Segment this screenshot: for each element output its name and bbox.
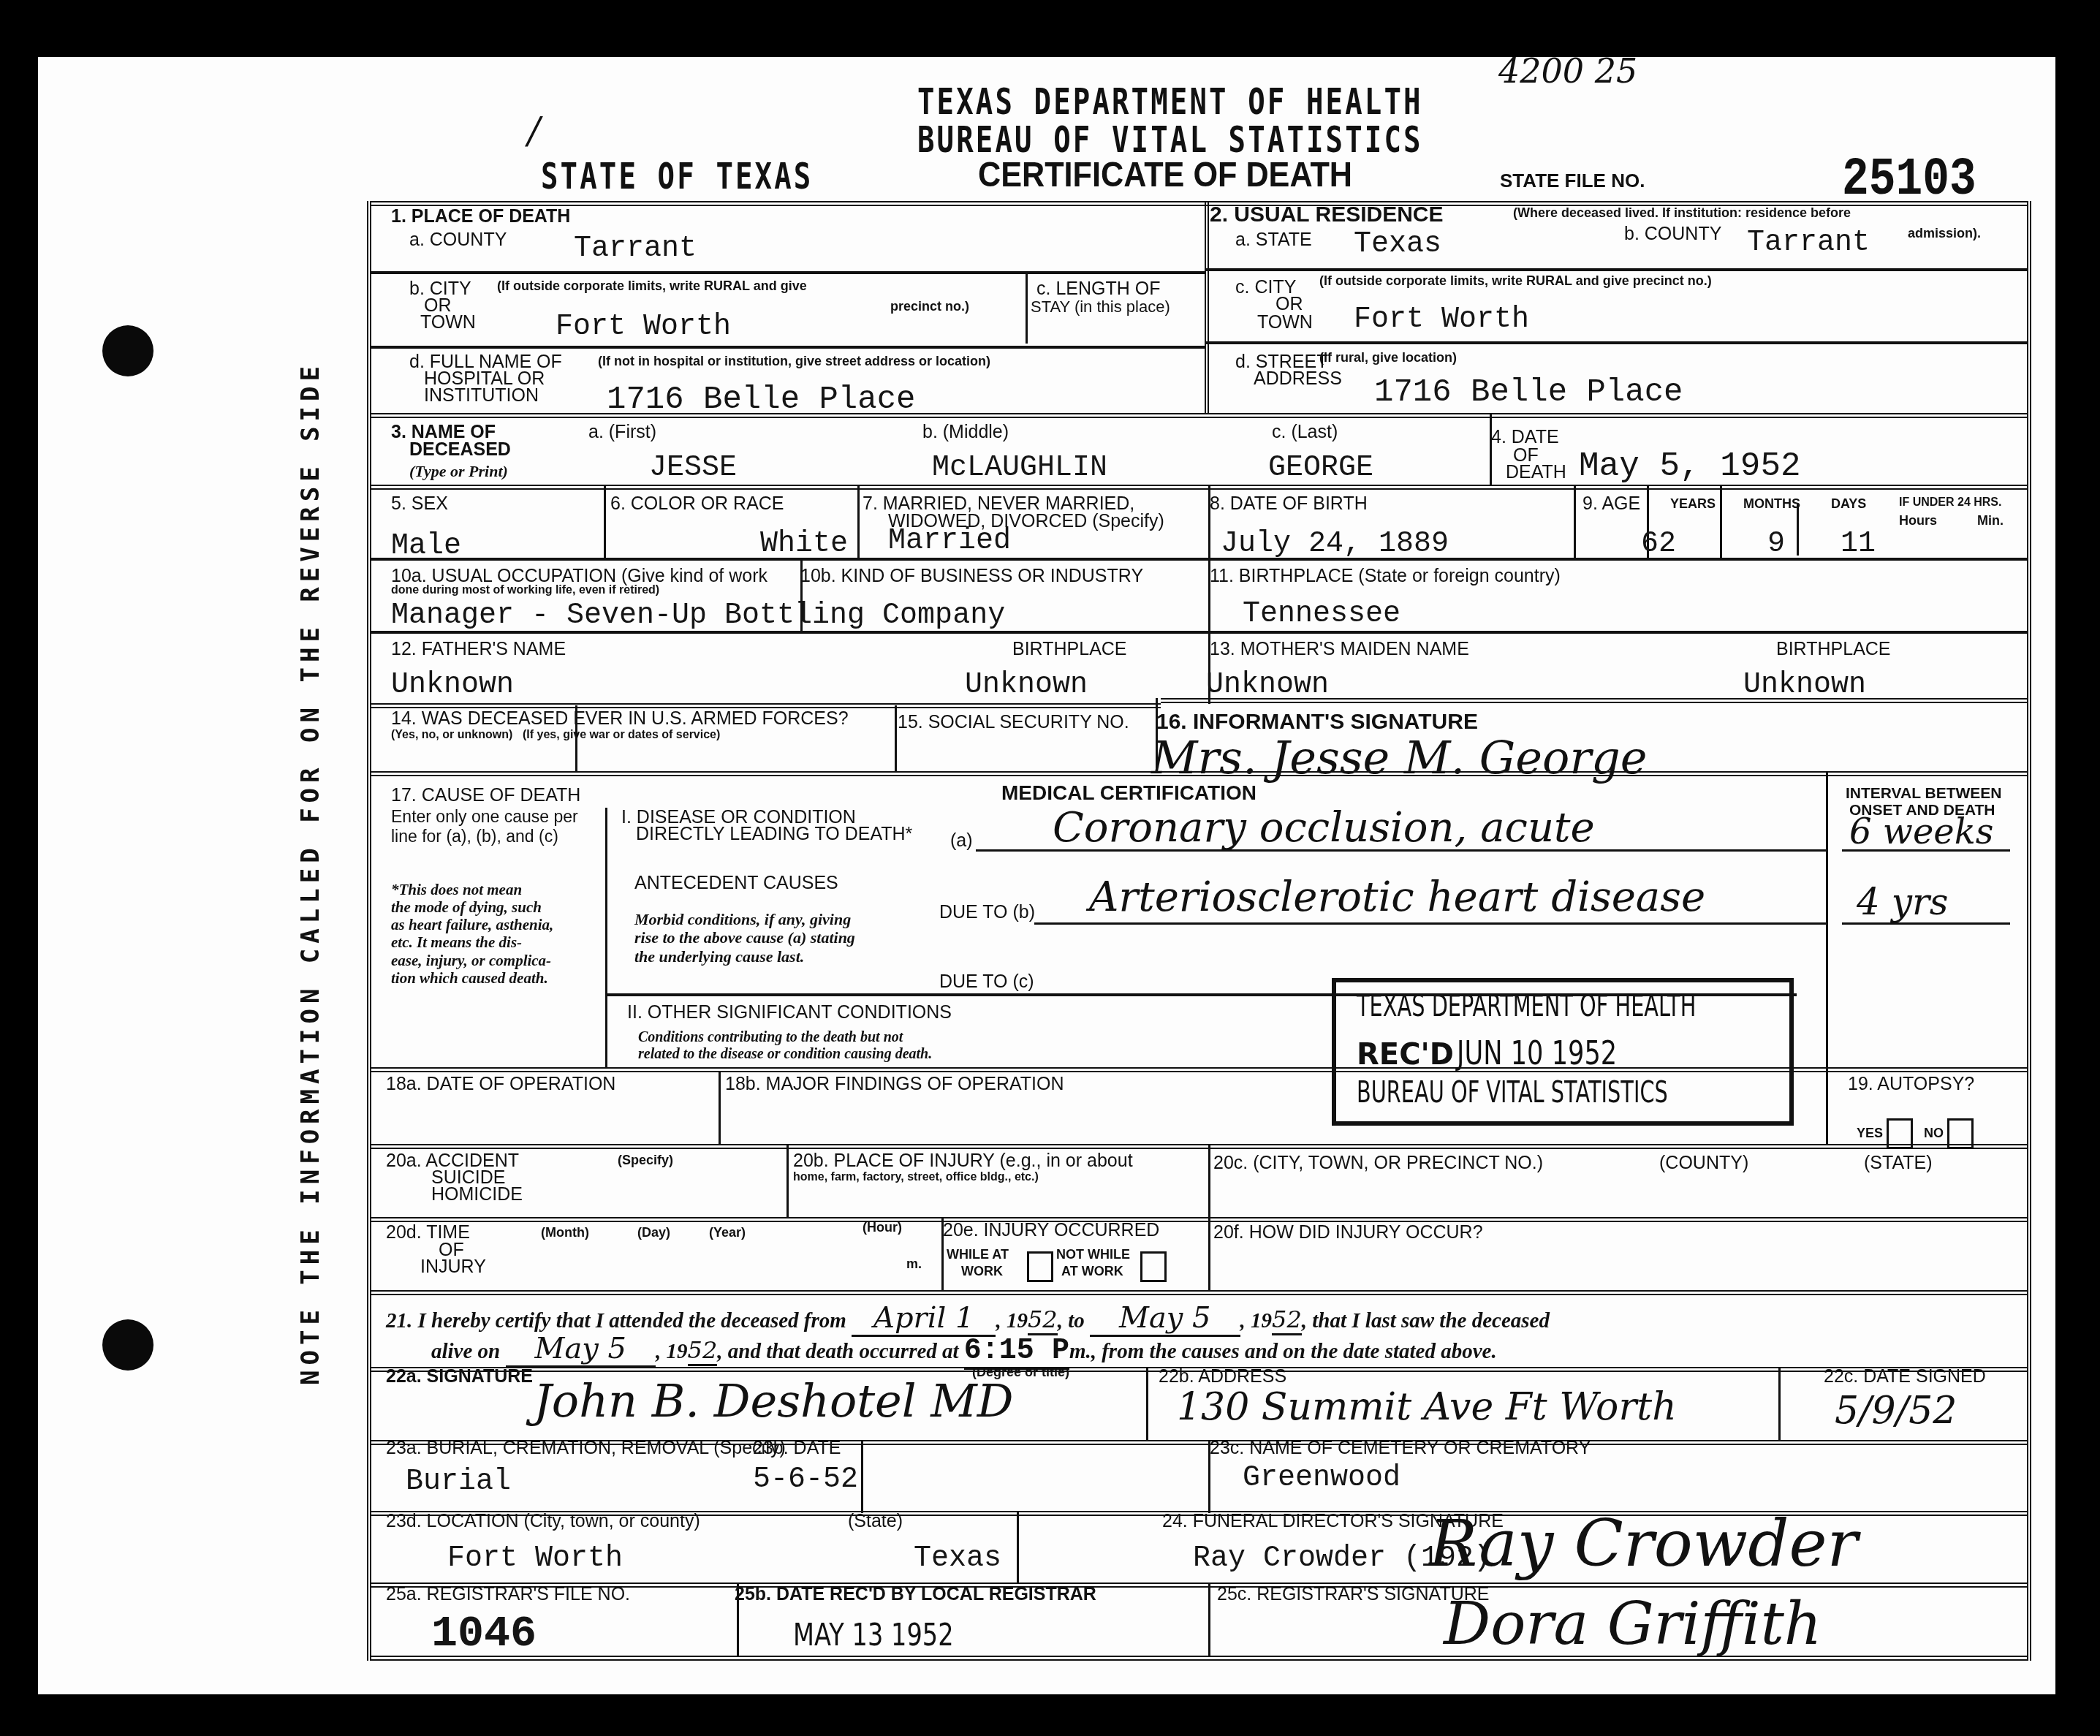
middle-name-field[interactable]: McLAUGHLIN: [932, 452, 1107, 485]
injury-place-label-2: home, farm, factory, street, office bldg…: [793, 1172, 1039, 1184]
cause-of-death-label: 17. CAUSE OF DEATH: [391, 786, 580, 805]
residence-or-label: OR: [1275, 295, 1303, 314]
last-seen-field[interactable]: May 5: [506, 1332, 656, 1368]
stamp-line-1: TEXAS DEPARTMENT OF HEALTH: [1357, 990, 1696, 1023]
certification-statement-2: alive on May 5, 1952, and that death occ…: [431, 1332, 1497, 1368]
burial-location-label: 23d. LOCATION (City, town, or county): [386, 1512, 700, 1531]
cause-b-field[interactable]: Arteriosclerotic heart disease: [1089, 873, 1705, 921]
injury-specify-label: (Specify): [618, 1153, 673, 1167]
father-birthplace-label: BIRTHPLACE: [1012, 640, 1127, 659]
cause-note-line: the mode of dying, such: [391, 898, 553, 916]
injury-time-label-3: INJURY: [420, 1257, 486, 1276]
morbid-hint-line: the underlying cause last.: [634, 947, 855, 966]
race-field[interactable]: White: [760, 528, 848, 561]
punch-hole: [102, 1319, 153, 1371]
birth-date-label: 8. DATE OF BIRTH: [1210, 494, 1368, 513]
burial-method-field[interactable]: Burial: [406, 1466, 511, 1498]
department-title: TEXAS DEPARTMENT OF HEALTH: [917, 80, 1423, 123]
occupation-field[interactable]: Manager - Seven-Up Bottling Company: [391, 599, 1005, 632]
how-injury-occurred-label: 20f. HOW DID INJURY OCCUR?: [1213, 1223, 1483, 1242]
local-registrar-date-field[interactable]: MAY 13 1952: [793, 1617, 954, 1653]
min-label: Min.: [1977, 514, 2004, 528]
certify-text: , 19: [996, 1309, 1028, 1333]
marital-field[interactable]: Married: [888, 525, 1011, 558]
burial-state-field[interactable]: Texas: [914, 1542, 1001, 1575]
injury-month-label: (Month): [541, 1226, 589, 1240]
certify-text: 21. I hereby certify that I attended the…: [386, 1309, 846, 1333]
sex-field[interactable]: Male: [391, 530, 461, 563]
injury-city-label: 20c. (CITY, TOWN, OR PRECINCT NO.): [1213, 1153, 1543, 1172]
cause-note-line: tion which caused death.: [391, 969, 553, 987]
hospital-hint: (If not in hospital or institution, give…: [598, 355, 990, 368]
street-label-2: ADDRESS: [1254, 369, 1342, 388]
cause-note-line: ease, injury, or complica-: [391, 952, 553, 969]
name-label-3: (Type or Print): [409, 462, 508, 480]
registrar-file-label: 25a. REGISTRAR'S FILE NO.: [386, 1585, 630, 1604]
date-of-death-label: 4. DATE: [1491, 428, 1559, 447]
received-stamp: TEXAS DEPARTMENT OF HEALTH REC'D JUN 10 …: [1332, 978, 1794, 1126]
length-of-stay-label-2: STAY (in this place): [1031, 298, 1170, 315]
residence-hint: (Where deceased lived. If institution: r…: [1513, 206, 1851, 220]
age-years-label: YEARS: [1670, 497, 1716, 511]
stamp-recd-label: REC'D: [1357, 1038, 1454, 1072]
autopsy-yes-label: YES: [1857, 1126, 1883, 1140]
residence-city-field[interactable]: Fort Worth: [1354, 303, 1529, 336]
residence-hint-2: admission).: [1908, 227, 1981, 240]
cause-instruction-2: line for (a), (b), and (c): [391, 827, 558, 845]
certification-statement: 21. I hereby certify that I attended the…: [386, 1301, 1550, 1335]
city-hint: (If outside corporate limits, write RURA…: [497, 279, 807, 293]
race-label: 6. COLOR OR RACE: [610, 494, 784, 513]
morbid-hint-line: rise to the above cause (a) stating: [634, 928, 855, 947]
under-24-label: IF UNDER 24 HRS.: [1899, 497, 2001, 509]
stamp-recd-date: JUN 10 1952: [1457, 1035, 1617, 1072]
local-registrar-date-label: 25b. DATE REC'D BY LOCAL REGISTRAR: [735, 1585, 1096, 1604]
age-months-field[interactable]: 9: [1767, 528, 1785, 561]
funeral-director-signature: Ray Crowder: [1429, 1506, 1858, 1581]
age-months-label: MONTHS: [1743, 497, 1800, 511]
hospital-field[interactable]: 1716 Belle Place: [607, 382, 915, 418]
injury-year-label: (Year): [709, 1226, 746, 1240]
disease-label-2: DIRECTLY LEADING TO DEATH*: [636, 825, 912, 844]
father-name-label: 12. FATHER'S NAME: [391, 640, 566, 659]
first-name-field[interactable]: JESSE: [649, 452, 737, 485]
last-seen-year-field[interactable]: 52: [688, 1336, 718, 1366]
place-of-death-heading: 1. PLACE OF DEATH: [391, 207, 570, 226]
attended-from-year-field[interactable]: 52: [1028, 1305, 1058, 1335]
other-conditions-label: II. OTHER SIGNIFICANT CONDITIONS: [627, 1003, 952, 1022]
registrar-signature: Dora Griffith: [1444, 1590, 1822, 1658]
physician-address-field[interactable]: 130 Summit Ave Ft Worth: [1177, 1385, 1677, 1429]
physician-signature: John B. Deshotel MD: [534, 1374, 1014, 1428]
attended-to-year-field[interactable]: 52: [1272, 1305, 1302, 1335]
certify-text: , 19: [1240, 1309, 1273, 1333]
injury-occurred-label: 20e. INJURY OCCURRED: [943, 1221, 1159, 1240]
birthplace-field[interactable]: Tennessee: [1243, 598, 1400, 631]
certify-text: , 19: [656, 1340, 688, 1363]
other-hint-line: related to the disease or condition caus…: [638, 1046, 932, 1063]
operation-findings-label: 18b. MAJOR FINDINGS OF OPERATION: [725, 1074, 1064, 1093]
cause-a-label: (a): [950, 831, 973, 850]
injury-place-label: 20b. PLACE OF INJURY (e.g., in or about: [793, 1151, 1133, 1170]
punch-hole: [102, 325, 153, 376]
antecedent-causes-label: ANTECEDENT CAUSES: [634, 873, 838, 892]
cause-b-interval-field[interactable]: 4 yrs: [1857, 881, 1949, 923]
street-hint: (If rural, give location): [1319, 351, 1457, 365]
armed-forces-sub-1: (Yes, no, or unknown): [391, 729, 512, 742]
physician-address-label: 22b. ADDRESS: [1159, 1367, 1286, 1386]
registrar-file-number[interactable]: 1046: [431, 1610, 537, 1659]
hours-label: Hours: [1899, 514, 1937, 528]
residence-state-label: a. STATE: [1235, 230, 1312, 249]
burial-date-label: 23b. DATE: [753, 1439, 841, 1458]
residence-state-field[interactable]: Texas: [1354, 228, 1441, 261]
reverse-side-note: NOTE THE INFORMATION CALLED FOR ON THE R…: [296, 361, 325, 1385]
city-hint-2: precinct no.): [890, 300, 969, 314]
residence-street-field[interactable]: 1716 Belle Place: [1374, 374, 1683, 411]
certify-text: , to: [1058, 1309, 1085, 1333]
cause-note-line: *This does not mean: [391, 881, 553, 898]
age-days-label: DAYS: [1831, 497, 1866, 511]
certificate-title: CERTIFICATE OF DEATH: [978, 155, 1352, 195]
other-hint-line: Conditions contributing to the death but…: [638, 1029, 932, 1046]
injury-county-label: (COUNTY): [1659, 1153, 1748, 1172]
residence-town-label: TOWN: [1257, 313, 1313, 332]
occupation-label-2: done during most of working life, even i…: [391, 585, 659, 597]
burial-date-field[interactable]: 5-6-52: [753, 1463, 858, 1496]
occupation-label: 10a. USUAL OCCUPATION (Give kind of work: [391, 566, 767, 585]
date-of-death-field[interactable]: May 5, 1952: [1579, 447, 1801, 485]
cause-note-line: as heart failure, asthenia,: [391, 916, 553, 933]
residence-county-label: b. COUNTY: [1624, 224, 1721, 243]
informant-signature-label: 16. INFORMANT'S SIGNATURE: [1156, 710, 1478, 734]
injury-meridian-label: m.: [906, 1257, 922, 1271]
birthplace-label: 11. BIRTHPLACE (State or foreign country…: [1210, 566, 1561, 585]
last-name-field[interactable]: GEORGE: [1268, 452, 1373, 485]
cause-note-line: etc. It means the dis-: [391, 933, 553, 951]
father-birthplace-field[interactable]: Unknown: [965, 669, 1088, 702]
mother-name-field[interactable]: Unknown: [1206, 669, 1329, 702]
state-title: STATE OF TEXAS: [541, 155, 813, 197]
other-conditions-hint: Conditions contributing to the death but…: [638, 1029, 932, 1063]
ssn-label: 15. SOCIAL SECURITY NO.: [898, 713, 1129, 732]
cemetery-field[interactable]: Greenwood: [1243, 1462, 1400, 1495]
first-name-label: a. (First): [588, 422, 656, 441]
age-label: 9. AGE: [1582, 494, 1640, 513]
armed-forces-sub-2: (If yes, give war or dates of service): [523, 729, 720, 742]
sex-label: 5. SEX: [391, 494, 448, 513]
annotation-top: 4200 25: [1498, 51, 1637, 91]
cause-b-label: DUE TO (b): [939, 903, 1035, 922]
usual-residence-heading: 2. USUAL RESIDENCE: [1210, 203, 1444, 227]
burial-location-field[interactable]: Fort Worth: [447, 1542, 623, 1575]
autopsy-label: 19. AUTOPSY?: [1848, 1074, 1974, 1093]
annotation-left: /: [528, 110, 540, 152]
county-label: a. COUNTY: [409, 230, 507, 249]
while-at-work-checkbox[interactable]: [1027, 1251, 1053, 1282]
medical-certification-heading: MEDICAL CERTIFICATION: [1001, 782, 1256, 803]
age-years-field[interactable]: 62: [1641, 528, 1676, 561]
father-name-field[interactable]: Unknown: [391, 669, 514, 702]
residence-county-field[interactable]: Tarrant: [1747, 227, 1870, 259]
business-label: 10b. KIND OF BUSINESS OR INDUSTRY: [800, 566, 1143, 585]
autopsy-no-checkbox[interactable]: [1947, 1118, 1974, 1149]
morbid-hint-line: Morbid conditions, if any, giving: [634, 910, 855, 928]
death-county-field[interactable]: Tarrant: [574, 232, 697, 265]
while-at-work-label-2: WORK: [961, 1265, 1003, 1278]
residence-city-hint: (If outside corporate limits, write RURA…: [1319, 274, 1712, 288]
autopsy-yes-checkbox[interactable]: [1887, 1118, 1913, 1149]
armed-forces-label: 14. WAS DECEASED EVER IN U.S. ARMED FORC…: [391, 709, 849, 728]
stamp-line-3: BUREAU OF VITAL STATISTICS: [1357, 1076, 1668, 1110]
morbid-conditions-hint: Morbid conditions, if any, giving rise t…: [634, 910, 855, 966]
operation-date-label: 18a. DATE OF OPERATION: [386, 1074, 615, 1093]
informant-signature: Mrs. Jesse M. George: [1151, 731, 1647, 784]
autopsy-options: YES NO: [1857, 1118, 1974, 1149]
date-signed-label: 22c. DATE SIGNED: [1824, 1367, 1986, 1386]
injury-hour-label: (Hour): [863, 1221, 902, 1235]
stamp-line-2: REC'D JUN 10 1952: [1357, 1035, 1657, 1072]
cemetery-label: 23c. NAME OF CEMETERY OR CREMATORY: [1210, 1439, 1591, 1458]
certify-text: , that I last saw the deceased: [1302, 1309, 1550, 1333]
cause-instruction: Enter only one cause per: [391, 808, 578, 825]
burial-method-label: 23a. BURIAL, CREMATION, REMOVAL (Specify…: [386, 1439, 786, 1458]
certify-text: , and that death occurred at: [717, 1340, 958, 1363]
certify-text: alive on: [431, 1340, 500, 1363]
last-name-label: c. (Last): [1272, 422, 1338, 441]
middle-name-label: b. (Middle): [922, 422, 1009, 441]
not-while-at-work-label: NOT WHILE: [1056, 1248, 1130, 1262]
birth-date-field[interactable]: July 24, 1889: [1221, 528, 1449, 561]
mother-name-label: 13. MOTHER'S MAIDEN NAME: [1210, 640, 1469, 659]
name-label-2: DECEASED: [409, 440, 511, 459]
cause-c-label: DUE TO (c): [939, 972, 1034, 991]
length-of-stay-label: c. LENGTH OF: [1036, 279, 1160, 298]
state-file-label: STATE FILE NO.: [1500, 170, 1645, 192]
mother-birthplace-label: BIRTHPLACE: [1776, 640, 1891, 659]
date-signed-field[interactable]: 5/9/52: [1835, 1389, 1957, 1433]
hospital-label-3: INSTITUTION: [424, 386, 539, 405]
injury-state-label: (STATE): [1864, 1153, 1933, 1172]
autopsy-no-label: NO: [1924, 1126, 1944, 1140]
injury-day-label: (Day): [637, 1226, 670, 1240]
cause-a-interval-field[interactable]: 6 weeks: [1849, 811, 1993, 852]
not-while-at-work-label-2: AT WORK: [1061, 1265, 1123, 1278]
while-at-work-label: WHILE AT: [947, 1248, 1009, 1262]
physician-signature-label: 22a. SIGNATURE: [386, 1367, 533, 1386]
cause-a-field[interactable]: Coronary occlusion, acute: [1053, 804, 1595, 852]
not-while-at-work-checkbox[interactable]: [1140, 1251, 1167, 1282]
interval-label: INTERVAL BETWEEN: [1846, 786, 2002, 802]
death-city-field[interactable]: Fort Worth: [556, 311, 731, 344]
age-days-field[interactable]: 11: [1841, 528, 1876, 561]
certify-text: m., from the causes and on the date stat…: [1069, 1340, 1497, 1363]
injury-type-label-3: HOMICIDE: [431, 1185, 523, 1204]
cause-note: *This does not mean the mode of dying, s…: [391, 881, 553, 987]
city-town-label: TOWN: [420, 313, 476, 332]
burial-state-label: (State): [848, 1512, 903, 1531]
mother-birthplace-field[interactable]: Unknown: [1743, 669, 1866, 702]
date-of-death-label-3: DEATH: [1506, 463, 1566, 482]
